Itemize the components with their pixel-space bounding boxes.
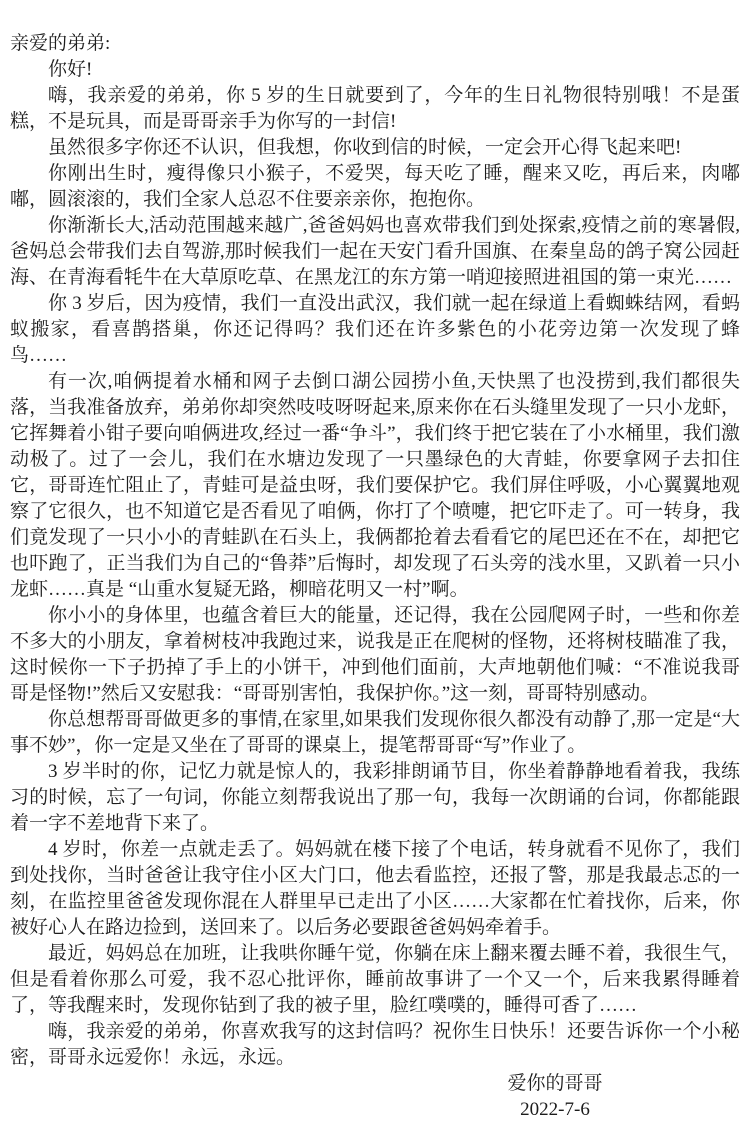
letter-paragraph: 最近，妈妈总在加班，让我哄你睡午觉，你躺在床上翻来覆去睡不着，我很生气，但是看着… <box>10 941 740 1019</box>
letter-paragraph: 4 岁时，你差一点就走丢了。妈妈就在楼下接了个电话，转身就看不见你了，我们到处找… <box>10 837 740 941</box>
letter-greeting: 你好! <box>10 57 740 83</box>
letter-paragraph: 你刚出生时，瘦得像只小猴子，不爱哭，每天吃了睡，醒来又吃，再后来，肉嘟嘟，圆滚滚… <box>10 161 740 213</box>
letter-paragraph: 虽然很多字你还不认识，但我想，你收到信的时候，一定会开心得飞起来吧! <box>10 135 740 161</box>
letter-salutation: 亲爱的弟弟: <box>10 31 740 57</box>
letter-document: 亲爱的弟弟: 你好! 嗨，我亲爱的弟弟，你 5 岁的生日就要到了，今年的生日礼物… <box>0 0 750 1121</box>
letter-paragraph: 你总想帮哥哥做更多的事情,在家里,如果我们发现你很久都没有动静了,那一定是“大事… <box>10 707 740 759</box>
signature-name: 爱你的哥哥 <box>460 1071 650 1097</box>
signature-block: 爱你的哥哥 2022-7-6 <box>460 1071 650 1121</box>
signature-date: 2022-7-6 <box>460 1097 650 1121</box>
letter-paragraph: 你 3 岁后，因为疫情，我们一直没出武汉，我们就一起在绿道上看蜘蛛结网，看蚂蚁搬… <box>10 291 740 369</box>
letter-paragraph: 你小小的身体里，也蕴含着巨大的能量，还记得，我在公园爬网子时，一些和你差不多大的… <box>10 603 740 707</box>
letter-paragraph: 嗨，我亲爱的弟弟，你 5 岁的生日就要到了，今年的生日礼物很特别哦！不是蛋糕，不… <box>10 83 740 135</box>
letter-paragraph: 你渐渐长大,活动范围越来越广,爸爸妈妈也喜欢带我们到处探索,疫情之前的寒暑假,爸… <box>10 213 740 291</box>
letter-body: 嗨，我亲爱的弟弟，你 5 岁的生日就要到了，今年的生日礼物很特别哦！不是蛋糕，不… <box>10 83 740 1071</box>
letter-paragraph: 嗨，我亲爱的弟弟，你喜欢我写的这封信吗？祝你生日快乐！还要告诉你一个小秘密，哥哥… <box>10 1019 740 1071</box>
letter-paragraph: 3 岁半时的你，记忆力就是惊人的，我彩排朗诵节目，你坐着静静地看着我，我练习的时… <box>10 759 740 837</box>
letter-paragraph: 有一次,咱俩提着水桶和网子去倒口湖公园捞小鱼,天快黑了也没捞到,我们都很失落，当… <box>10 369 740 603</box>
